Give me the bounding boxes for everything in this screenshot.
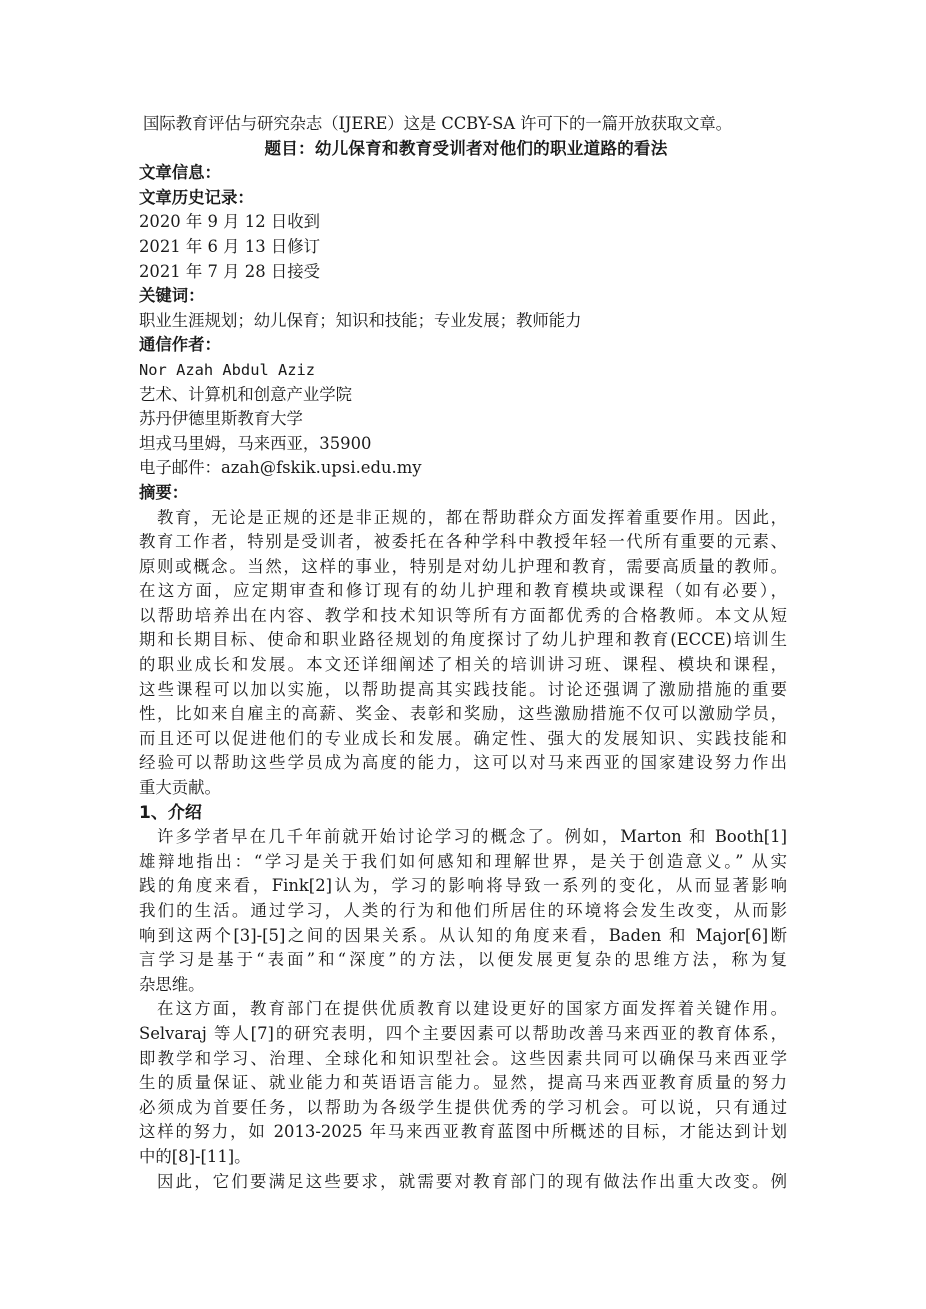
paragraph-line: 践的角度来看，Fink[2]认为，学习的影响将导致一系列的变化，从而显著影响 (139, 874, 787, 899)
paragraph-line: 这样的努力，如 2013-2025 年马来西亚教育蓝图中所概述的目标，才能达到计… (139, 1120, 787, 1145)
history-received: 2020 年 9 月 12 日收到 (139, 210, 787, 235)
paragraph-line: 言学习是基于“表面”和“深度”的方法，以便发展更复杂的思维方法，称为复 (139, 948, 787, 973)
paragraph-line: 杂思维。 (139, 973, 787, 998)
paragraph-line: 生的质量保证、就业能力和英语语言能力。显然，提高马来西亚教育质量的努力 (139, 1071, 787, 1096)
author-university: 苏丹伊德里斯教育大学 (139, 407, 787, 432)
history-accepted: 2021 年 7 月 28 日接受 (139, 260, 787, 285)
abstract-line: 这些课程可以加以实施，以帮助提高其实践技能。讨论还强调了激励措施的重要 (139, 678, 787, 703)
journal-license-note: 国际教育评估与研究杂志（IJERE）这是 CCBY-SA 许可下的一篇开放获取文… (139, 112, 787, 137)
abstract-line: 经验可以帮助这些学员成为高度的能力，这可以对马来西亚的国家建设努力作出 (139, 751, 787, 776)
abstract-line: 教育工作者，特别是受训者，被委托在各种学科中教授年轻一代所有重要的元素、 (139, 530, 787, 555)
paragraph-line: 雄辩地指出：“学习是关于我们如何感知和理解世界，是关于创造意义。” 从实 (139, 850, 787, 875)
abstract-line: 重大贡献。 (139, 776, 787, 801)
paragraph-line: 因此，它们要满足这些要求，就需要对教育部门的现有做法作出重大改变。例 (139, 1170, 787, 1195)
abstract-line: 以帮助培养出在内容、教学和技术知识等所有方面都优秀的合格教师。本文从短 (139, 604, 787, 629)
paragraph-line: 必须成为首要任务，以帮助为各级学生提供优秀的学习机会。可以说，只有通过 (139, 1096, 787, 1121)
author-address: 坦戎马里姆，马来西亚，35900 (139, 432, 787, 457)
abstract-line: 而且还可以促进他们的专业成长和发展。确定性、强大的发展知识、实践技能和 (139, 727, 787, 752)
article-info-heading: 文章信息： (139, 161, 787, 186)
paragraph-line: 响到这两个[3]-[5]之间的因果关系。从认知的角度来看，Baden 和 Maj… (139, 924, 787, 949)
keywords-list: 职业生涯规划；幼儿保育；知识和技能；专业发展；教师能力 (139, 309, 787, 334)
paragraph-line: 即教学和学习、治理、全球化和知识型社会。这些因素共同可以确保马来西亚学 (139, 1047, 787, 1072)
intro-paragraph-1: 许多学者早在几千年前就开始讨论学习的概念了。例如，Marton 和 Booth[… (139, 825, 787, 997)
abstract-line: 的职业成长和发展。本文还详细阐述了相关的培训讲习班、课程、模块和课程， (139, 653, 787, 678)
author-name: Nor Azah Abdul Aziz (139, 358, 787, 383)
abstract-line: 在这方面，应定期审查和修订现有的幼儿护理和教育模块或课程（如有必要）， (139, 579, 787, 604)
abstract-paragraph: 教育，无论是正规的还是非正规的，都在帮助群众方面发挥着重要作用。因此， 教育工作… (139, 506, 787, 801)
paragraph-line: 在这方面，教育部门在提供优质教育以建设更好的国家方面发挥着关键作用。 (139, 997, 787, 1022)
intro-paragraph-2: 在这方面，教育部门在提供优质教育以建设更好的国家方面发挥着关键作用。 Selva… (139, 997, 787, 1169)
history-revised: 2021 年 6 月 13 日修订 (139, 235, 787, 260)
article-title: 题目：幼儿保育和教育受训者对他们的职业道路的看法 (139, 137, 787, 162)
paragraph-line: Selvaraj 等人[7]的研究表明，四个主要因素可以帮助改善马来西亚的教育体… (139, 1022, 787, 1047)
author-faculty: 艺术、计算机和创意产业学院 (139, 383, 787, 408)
abstract-line: 性，比如来自雇主的高薪、奖金、表彰和奖励，这些激励措施不仅可以激励学员， (139, 702, 787, 727)
abstract-line: 教育，无论是正规的还是非正规的，都在帮助群众方面发挥着重要作用。因此， (139, 506, 787, 531)
paragraph-line: 许多学者早在几千年前就开始讨论学习的概念了。例如，Marton 和 Booth[… (139, 825, 787, 850)
paragraph-line: 中的[8]-[11]。 (139, 1145, 787, 1170)
section-heading-introduction: 1、介绍 (139, 801, 787, 826)
author-email: 电子邮件：azah@fskik.upsi.edu.my (139, 456, 787, 481)
article-history-heading: 文章历史记录： (139, 186, 787, 211)
intro-paragraph-3: 因此，它们要满足这些要求，就需要对教育部门的现有做法作出重大改变。例 (139, 1170, 787, 1195)
abstract-line: 期和长期目标、使命和职业路径规划的角度探讨了幼儿护理和教育(ECCE)培训生 (139, 628, 787, 653)
paragraph-line: 我们的生活。通过学习，人类的行为和他们所居住的环境将会发生改变，从而影 (139, 899, 787, 924)
document-page: 国际教育评估与研究杂志（IJERE）这是 CCBY-SA 许可下的一篇开放获取文… (139, 112, 787, 1194)
keywords-heading: 关键词： (139, 284, 787, 309)
abstract-line: 原则或概念。当然，这样的事业，特别是对幼儿护理和教育，需要高质量的教师。 (139, 555, 787, 580)
corresponding-author-heading: 通信作者： (139, 333, 787, 358)
abstract-heading: 摘要： (139, 481, 787, 506)
